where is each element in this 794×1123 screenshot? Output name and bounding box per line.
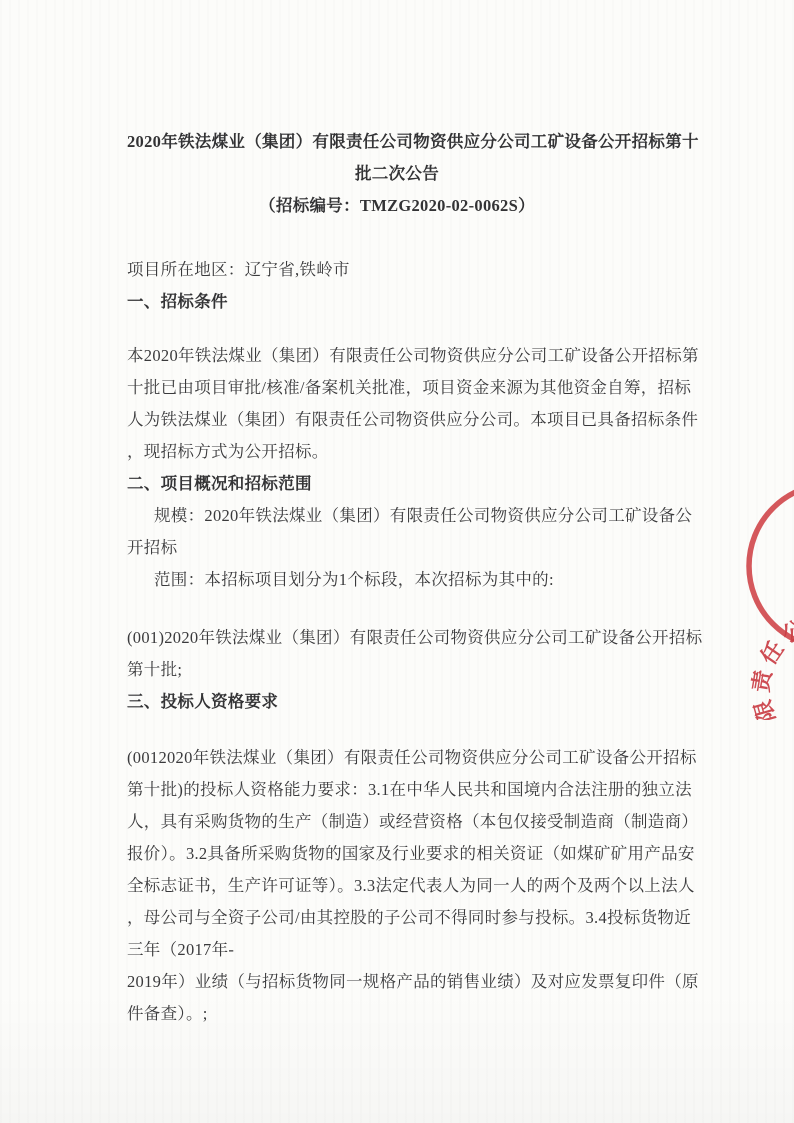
project-scale-line-1: 规模：2020年铁法煤业（集团）有限责任公司物资供应分公司工矿设备公: [127, 500, 667, 532]
tender-announcement: 2020年铁法煤业（集团）有限责任公司物资供应分公司工矿设备公开招标第十 批二次…: [127, 126, 667, 1030]
section-1-body-line-2: 十批已由项目审批/核准/备案机关批准，项目资金来源为其他资金自筹，招标: [127, 372, 667, 404]
section-3-body-line-2: 第十批)的投标人资格能力要求：3.1在中华人民共和国境内合法注册的独立法: [127, 774, 667, 806]
company-round-seal: 铁法煤业（集团）有限责任公司 211: [700, 460, 794, 720]
document-title-line-1: 2020年铁法煤业（集团）有限责任公司物资供应分公司工矿设备公开招标第十: [127, 126, 667, 158]
section-3-body-line-6: ，母公司与全资子公司/由其控股的子公司不得同时参与投标。3.4投标货物近: [127, 902, 667, 934]
section-3-body-line-7: 三年（2017年-: [127, 934, 667, 966]
section-3-body-line-5: 全标志证书，生产许可证等）。3.3法定代表人为同一人的两个及两个以上法人: [127, 870, 667, 902]
section-1-heading: 一、招标条件: [127, 286, 667, 318]
section-3-body-line-3: 人，具有采购货物的生产（制造）或经营资格（本包仅接受制造商（制造商）: [127, 806, 667, 838]
lot-description-line-1: (001)2020年铁法煤业（集团）有限责任公司物资供应分公司工矿设备公开招标: [127, 622, 667, 654]
section-1-body-line-4: ，现招标方式为公开招标。: [127, 436, 667, 468]
document-title-line-2: 批二次公告: [127, 158, 667, 190]
section-3-body-line-8: 2019年）业绩（与招标货物同一规格产品的销售业绩）及对应发票复印件（原: [127, 966, 667, 998]
section-1-body-line-3: 人为铁法煤业（集团）有限责任公司物资供应分公司。本项目已具备招标条件: [127, 404, 667, 436]
project-scope-line: 范围：本招标项目划分为1个标段，本次招标为其中的:: [127, 564, 667, 596]
scanned-document-page: 2020年铁法煤业（集团）有限责任公司物资供应分公司工矿设备公开招标第十 批二次…: [0, 0, 794, 1123]
section-3-body-line-4: 报价）。3.2具备所采购货物的国家及行业要求的相关资证（如煤矿矿用产品安: [127, 838, 667, 870]
section-2-heading: 二、项目概况和招标范围: [127, 468, 667, 500]
tender-number: （招标编号：TMZG2020-02-0062S）: [127, 190, 667, 222]
section-3-heading: 三、投标人资格要求: [127, 686, 667, 718]
lot-description-line-2: 第十批;: [127, 654, 667, 686]
section-3-body-line-9: 件备查）。;: [127, 998, 667, 1030]
section-1-body-line-1: 本2020年铁法煤业（集团）有限责任公司物资供应分公司工矿设备公开招标第: [127, 340, 667, 372]
project-location: 项目所在地区：辽宁省,铁岭市: [127, 254, 667, 286]
section-3-body-line-1: (0012020年铁法煤业（集团）有限责任公司物资供应分公司工矿设备公开招标: [127, 742, 667, 774]
project-scale-line-2: 开招标: [127, 532, 667, 564]
